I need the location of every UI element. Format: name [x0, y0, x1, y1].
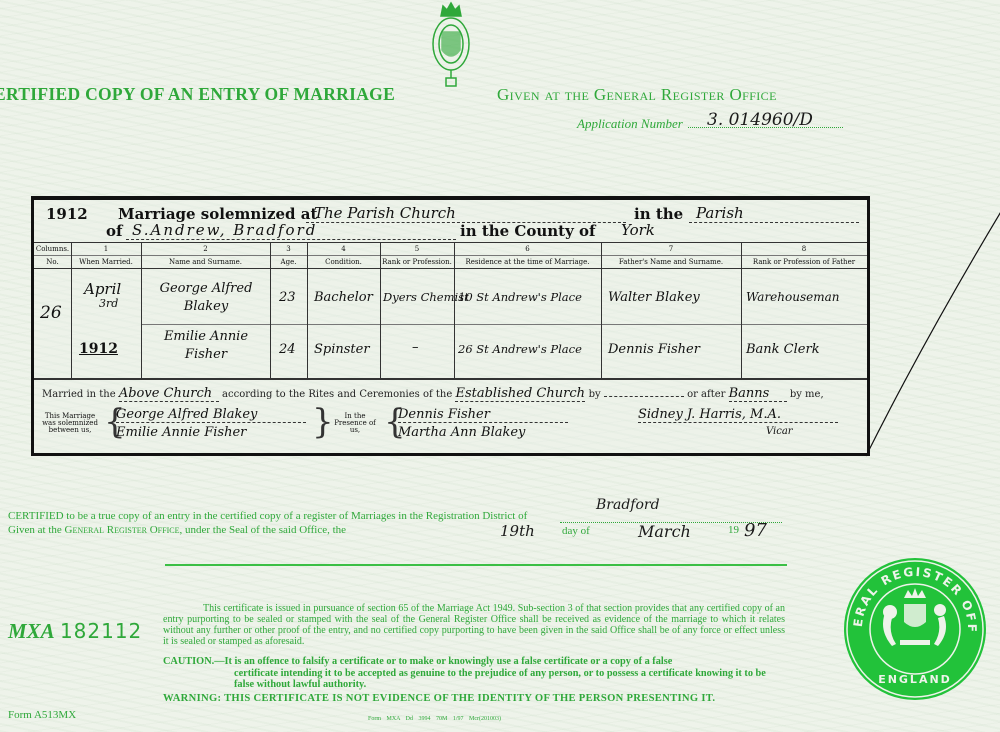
royal-crest-icon — [431, 0, 471, 88]
entry-number: 26 — [40, 303, 62, 323]
signature-bride: Emilie Annie Fisher — [116, 425, 306, 440]
of-line — [126, 239, 456, 240]
after-label: or after — [687, 389, 725, 400]
identity-warning: WARNING: THIS CERTIFICATE IS NOT EVIDENC… — [163, 693, 715, 704]
header-profession: Rank or Profession. — [380, 258, 454, 266]
bride-father-profession: Bank Clerk — [746, 342, 820, 357]
column-number: 2 — [141, 245, 270, 253]
married-in-label: Married in the — [42, 389, 116, 400]
in-the-line — [689, 222, 859, 223]
header-when-married: When Married. — [71, 258, 141, 266]
legal-notice: This certificate is issued in pursuance … — [163, 603, 785, 647]
header-age: Age. — [270, 258, 307, 266]
certified-month: March — [638, 522, 691, 541]
document-title: ERTIFIED COPY OF AN ENTRY OF MARRIAGE — [0, 84, 395, 105]
given-at-prefix: Given at the — [8, 524, 62, 536]
column-number: 1 — [71, 245, 141, 253]
column-number: 5 — [380, 245, 454, 253]
officiant-signature: Sidney J. Harris, M.A. — [638, 407, 838, 423]
caution-lead: CAUTION.—It is an offence to falsify a c… — [163, 656, 672, 667]
groom-age: 23 — [279, 290, 296, 305]
by-me-label: by me, — [790, 389, 824, 400]
certified-day: 19th — [500, 522, 535, 540]
witness-2: Martha Ann Blakey — [398, 425, 568, 440]
application-number: 3. 014960/D — [707, 110, 813, 130]
groom-condition: Bachelor — [314, 290, 373, 305]
certified-year: 97 — [744, 520, 767, 541]
bride-name: Emilie Annie Fisher — [146, 328, 266, 364]
day-of-label: day of — [562, 525, 590, 537]
column-number: 3 — [270, 245, 307, 253]
column-number: 7 — [601, 245, 741, 253]
bride-profession: – — [412, 340, 419, 355]
rites-value: Established Church — [455, 386, 585, 402]
county-label: in the County of — [460, 222, 596, 240]
serial-prefix: MXA — [8, 619, 55, 643]
certificate-serial: MXA 182112 — [8, 619, 142, 644]
groom-profession: Dyers Chemist — [383, 290, 469, 304]
header-name: Name and Surname. — [141, 258, 270, 266]
parish-name: S.Andrew, Bradford — [132, 221, 317, 239]
serial-number: 182112 — [60, 619, 142, 643]
given-at-suffix: , under the Seal of the said Office, the — [179, 524, 346, 536]
header-residence: Residence at the time of Marriage. — [454, 258, 601, 266]
married-year: 1912 — [79, 341, 118, 357]
header-father-name: Father's Name and Surname. — [601, 258, 741, 266]
given-at-line: Given at the General Register Office, un… — [8, 524, 346, 536]
caution-notice: CAUTION.—It is an offence to falsify a c… — [163, 656, 788, 691]
header-father-profession: Rank or Profession of Father — [741, 258, 867, 266]
form-number: Form A513MX — [8, 709, 76, 721]
registration-district: Bradford — [596, 497, 660, 513]
issuing-office-title: Given at the General Register Office — [497, 85, 777, 105]
divider — [165, 564, 787, 566]
groom-residence: 10 St Andrew's Place — [458, 290, 582, 304]
gro-seal-icon: GENERAL REGISTER OFFICE ENGLAND — [842, 556, 988, 702]
solemnized-at: The Parish Church — [314, 204, 456, 222]
by-label: by — [589, 389, 601, 400]
witness-1: Dennis Fisher — [398, 407, 568, 423]
brace: } — [312, 405, 334, 439]
register-entry-box: 1912 Marriage solemnized at The Parish C… — [31, 196, 870, 456]
county-value: York — [621, 221, 655, 239]
given-at-office: General Register Office — [65, 524, 180, 536]
application-number-label: Application Number — [577, 116, 683, 132]
married-in-value: Above Church — [119, 386, 219, 402]
svg-text:ENGLAND: ENGLAND — [878, 673, 952, 686]
groom-father-name: Walter Blakey — [608, 290, 700, 305]
year-prefix: 19 — [728, 524, 739, 536]
after-value: Banns — [729, 386, 787, 402]
cancellation-stroke — [864, 190, 1000, 460]
column-number: 4 — [307, 245, 380, 253]
header-no: No. — [34, 258, 71, 266]
bride-residence: 26 St Andrew's Place — [458, 342, 582, 356]
of-label: of — [106, 222, 122, 240]
married-day: 3rd — [99, 297, 118, 310]
between-label: This Marriage was solemnized between us, — [38, 413, 102, 434]
by-value — [604, 396, 684, 397]
officiant-title: Vicar — [766, 426, 793, 437]
rites-label: according to the Rites and Ceremonies of… — [222, 389, 452, 400]
groom-name: George Alfred Blakey — [146, 280, 266, 316]
caution-rest: certificate intending it to be accepted … — [163, 668, 788, 691]
bride-age: 24 — [279, 342, 296, 357]
register-year: 1912 — [46, 205, 88, 223]
presence-label: In the Presence of us, — [334, 413, 376, 434]
bride-father-name: Dennis Fisher — [608, 342, 700, 357]
column-number: 8 — [741, 245, 867, 253]
print-code: Form MXA Dd 3994 70M 1/97 Mcr(201003) — [368, 716, 501, 722]
groom-father-profession: Warehouseman — [746, 290, 840, 304]
columns-label: Columns. — [34, 245, 71, 253]
bride-condition: Spinster — [314, 342, 370, 357]
signature-groom: George Alfred Blakey — [116, 407, 306, 423]
column-number: 6 — [454, 245, 601, 253]
in-the-value: Parish — [696, 204, 744, 222]
married-month: April — [84, 280, 121, 298]
header-condition: Condition. — [307, 258, 380, 266]
certification-statement: CERTIFIED to be a true copy of an entry … — [8, 510, 527, 522]
